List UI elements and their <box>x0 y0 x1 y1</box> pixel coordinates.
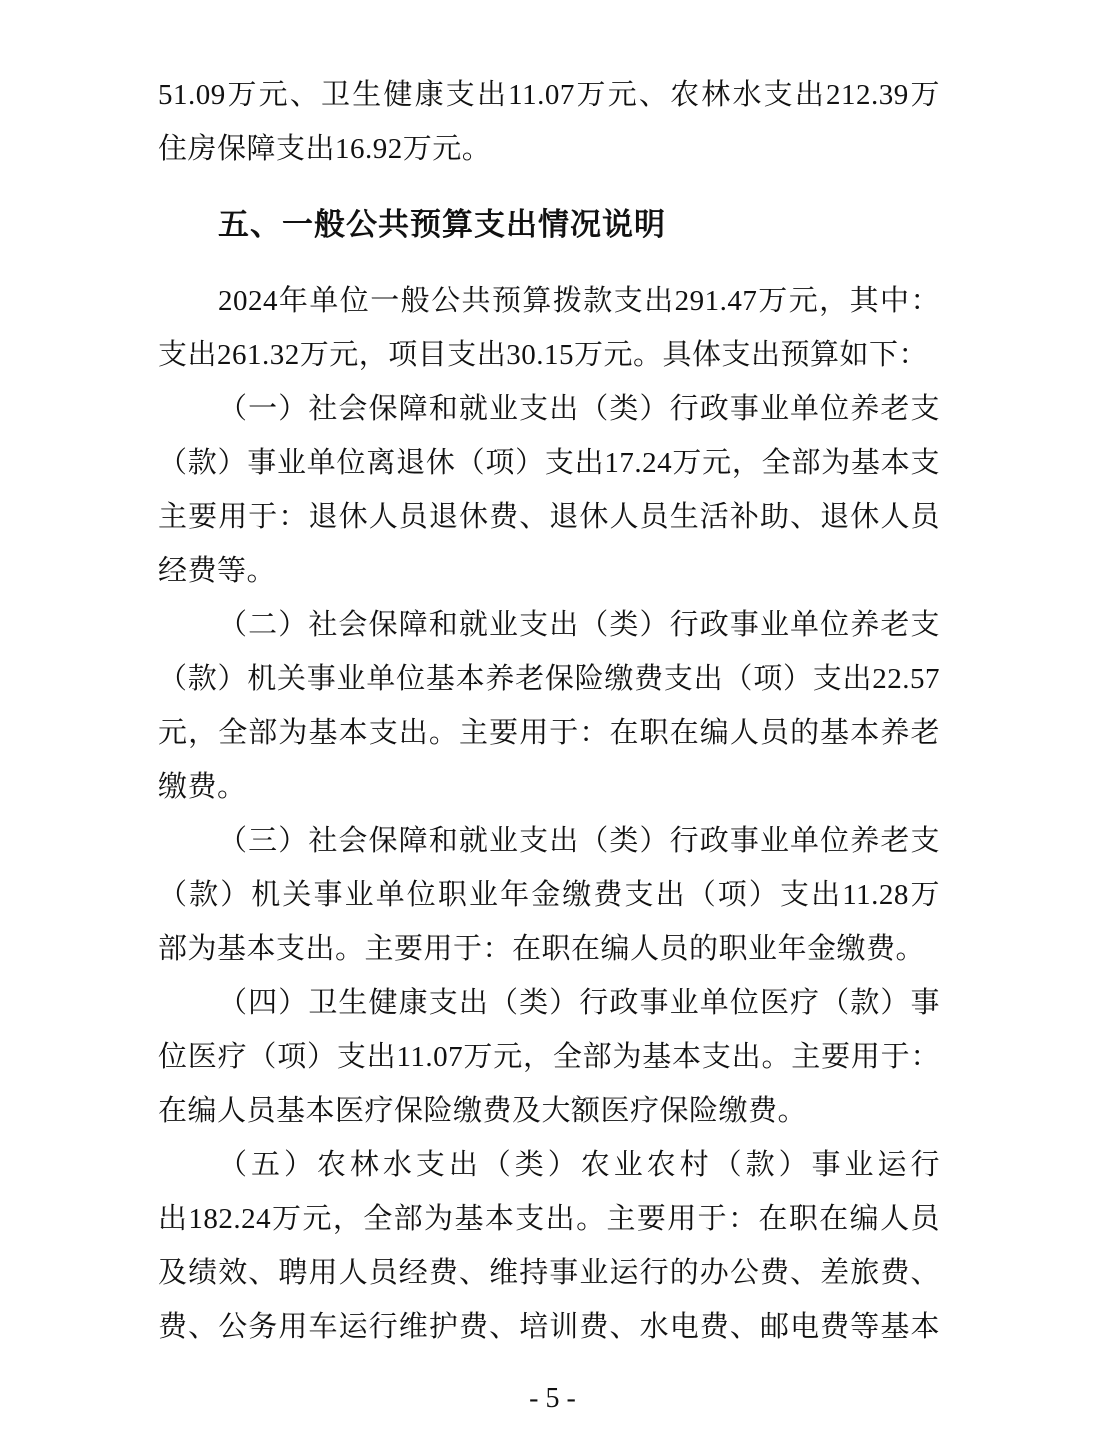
paragraph: 51.09万元、卫生健康支出11.07万元、农林水支出212.39万元、住房保障… <box>158 68 940 176</box>
paragraph: 2024年单位一般公共预算拨款支出291.47万元，其中：基本支出261.32万… <box>158 274 940 382</box>
section-heading: 五、一般公共预算支出情况说明 <box>158 198 940 252</box>
paragraph: （一）社会保障和就业支出（类）行政事业单位养老支出（款）事业单位离退休（项）支出… <box>158 382 940 598</box>
paragraph: （三）社会保障和就业支出（类）行政事业单位养老支出（款）机关事业单位职业年金缴费… <box>158 814 940 976</box>
text-line: （款）机关事业单位基本养老保险缴费支出（项）支出22.57万 <box>158 652 940 706</box>
text-line: （三）社会保障和就业支出（类）行政事业单位养老支出 <box>158 814 940 868</box>
text-line: 费、公务用车运行维护费、培训费、水电费、邮电费等基本支 <box>158 1300 940 1354</box>
text-line: 位医疗（项）支出11.07万元，全部为基本支出。主要用于：在职 <box>158 1030 940 1084</box>
paragraph: （四）卫生健康支出（类）行政事业单位医疗（款）事业单位医疗（项）支出11.07万… <box>158 976 940 1138</box>
text-line: 主要用于：退休人员退休费、退休人员生活补助、退休人员公用 <box>158 490 940 544</box>
text-line: 缴费。 <box>158 760 940 814</box>
text-line: （一）社会保障和就业支出（类）行政事业单位养老支出 <box>158 382 940 436</box>
text-line: （二）社会保障和就业支出（类）行政事业单位养老支出 <box>158 598 940 652</box>
text-line: 及绩效、聘用人员经费、维持事业运行的办公费、差旅费、接待 <box>158 1246 940 1300</box>
text-line: 在编人员基本医疗保险缴费及大额医疗保险缴费。 <box>158 1084 940 1138</box>
page-number: - 5 - <box>0 1374 1105 1424</box>
paragraph: （二）社会保障和就业支出（类）行政事业单位养老支出（款）机关事业单位基本养老保险… <box>158 598 940 814</box>
text-line: 部为基本支出。主要用于：在职在编人员的职业年金缴费。 <box>158 922 940 976</box>
text-line: （五）农林水支出（类）农业农村（款）事业运行（项）支 <box>158 1138 940 1192</box>
text-line: 经费等。 <box>158 544 940 598</box>
text-line: （款）事业单位离退休（项）支出17.24万元，全部为基本支出。 <box>158 436 940 490</box>
text-line: （四）卫生健康支出（类）行政事业单位医疗（款）事业单 <box>158 976 940 1030</box>
text-line: 五、一般公共预算支出情况说明 <box>158 198 940 252</box>
paragraph: （五）农林水支出（类）农业农村（款）事业运行（项）支出182.24万元，全部为基… <box>158 1138 940 1354</box>
text-line: 2024年单位一般公共预算拨款支出291.47万元，其中：基本 <box>158 274 940 328</box>
document-content: 51.09万元、卫生健康支出11.07万元、农林水支出212.39万元、住房保障… <box>158 68 940 1354</box>
document-page: 51.09万元、卫生健康支出11.07万元、农林水支出212.39万元、住房保障… <box>0 0 1105 1430</box>
text-line: （款）机关事业单位职业年金缴费支出（项）支出11.28万元，全 <box>158 868 940 922</box>
text-line: 住房保障支出16.92万元。 <box>158 122 940 176</box>
text-line: 元，全部为基本支出。主要用于：在职在编人员的基本养老保险 <box>158 706 940 760</box>
text-line: 51.09万元、卫生健康支出11.07万元、农林水支出212.39万元、 <box>158 68 940 122</box>
text-line: 出182.24万元，全部为基本支出。主要用于：在职在编人员工资 <box>158 1192 940 1246</box>
text-line: 支出261.32万元，项目支出30.15万元。具体支出预算如下： <box>158 328 940 382</box>
